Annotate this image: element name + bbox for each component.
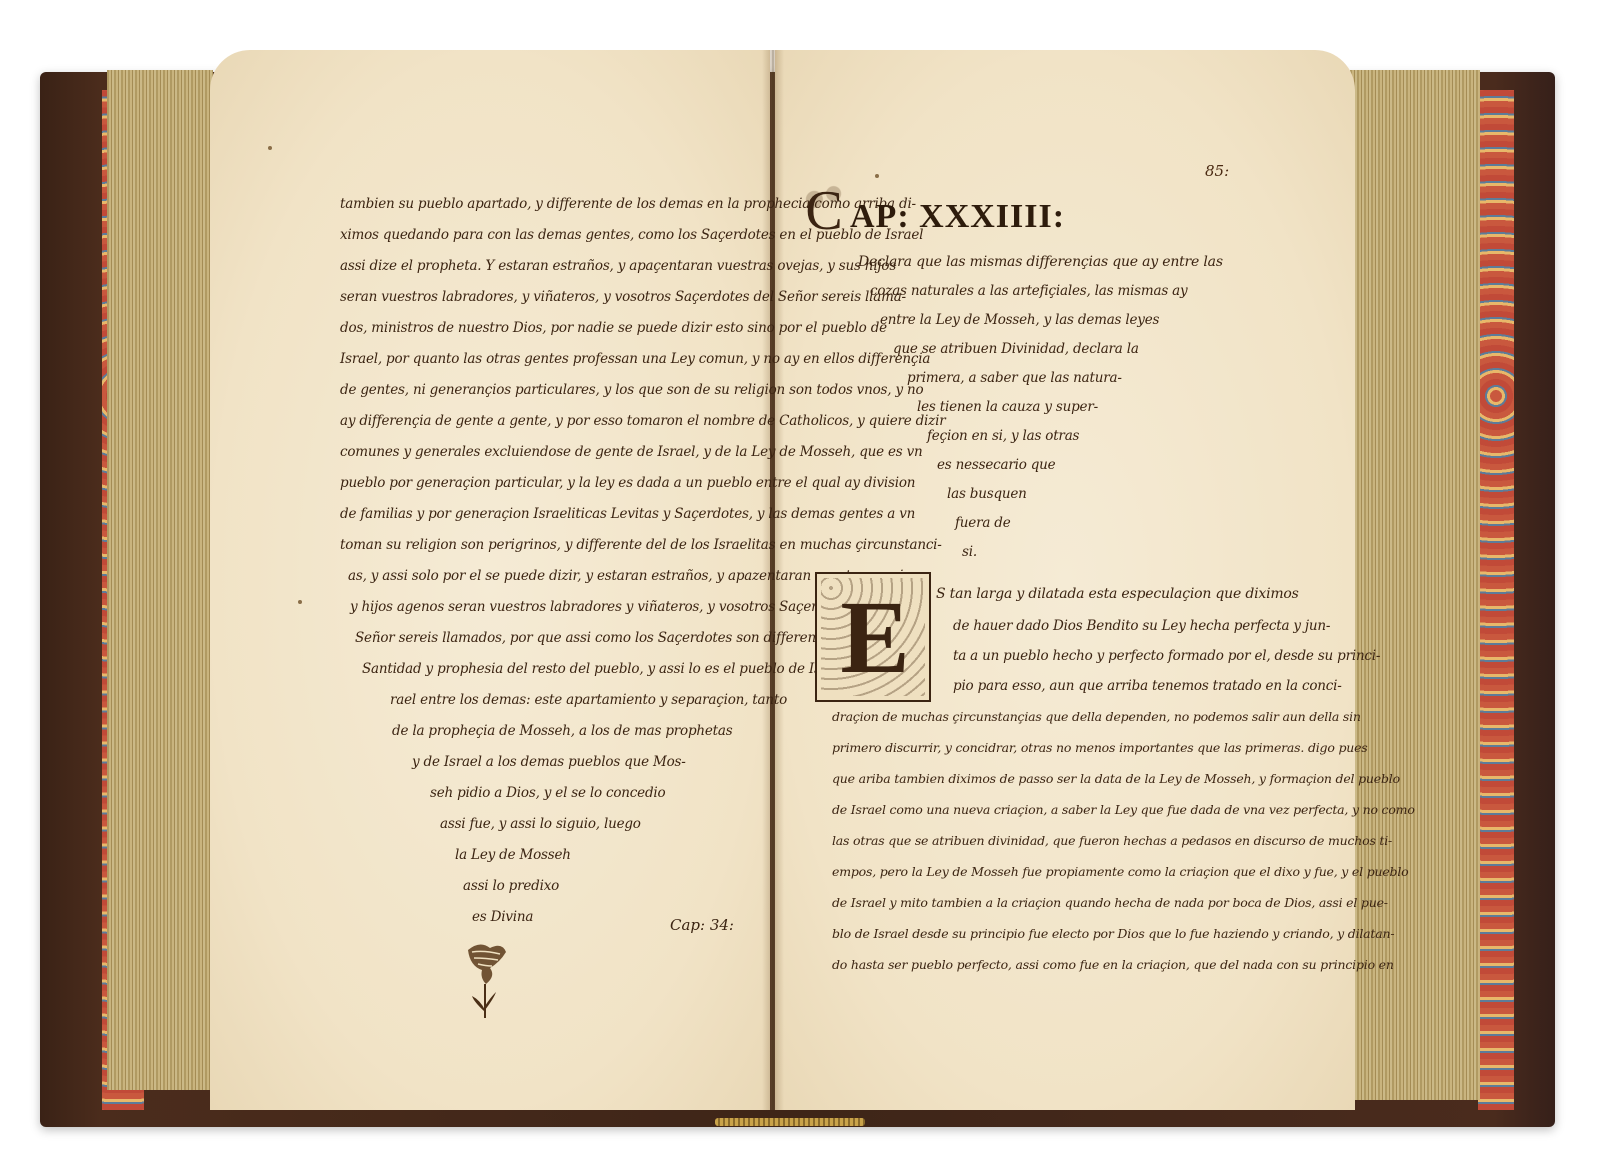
text-line: de la propheçia de Mosseh, a los de mas …: [392, 723, 733, 739]
body-line: que ariba tambien diximos de passo ser l…: [832, 771, 1400, 786]
body-line: empos, pero la Ley de Mosseh fue propiam…: [832, 864, 1408, 879]
text-line: toman su religion son perigrinos, y diff…: [340, 537, 942, 553]
summary-line: si.: [962, 544, 977, 560]
initial-letter: E: [835, 584, 915, 692]
body-line: de Israel como una nueva criaçion, a sab…: [832, 802, 1415, 817]
summary-line: que se atribuen Divinidad, declara la: [893, 341, 1139, 357]
body-line: S tan larga y dilatada esta especulaçion…: [936, 586, 1299, 602]
body-line: de hauer dado Dios Bendito su Ley hecha …: [953, 618, 1330, 634]
summary-line: fuera de: [955, 515, 1011, 531]
text-line: Señor sereis llamados, por que assi como…: [355, 630, 856, 646]
text-line: assi dize el propheta. Y estaran estraño…: [340, 258, 896, 274]
flower-ornament-icon: [460, 940, 510, 1020]
catchword: Cap: 34:: [670, 916, 734, 934]
page-number: 85:: [1205, 162, 1229, 180]
body-line: las otras que se atribuen divinidad, que…: [832, 833, 1392, 848]
text-line: de gentes, ni generançios particulares, …: [340, 382, 923, 398]
body-line: ta a un pueblo hecho y perfecto formado …: [953, 648, 1380, 664]
body-line: de Israel y mito tambien a la criaçion q…: [832, 895, 1388, 910]
chapter-heading: AP: XXXIIII:: [850, 198, 1065, 236]
text-line: assi lo predixo: [463, 878, 559, 894]
summary-line: es nessecario que: [937, 457, 1055, 473]
text-line: pueblo por generaçion particular, y la l…: [340, 475, 915, 491]
text-line: la Ley de Mosseh: [455, 847, 571, 863]
body-line: blo de Israel desde su principio fue ele…: [832, 926, 1394, 941]
summary-line: entre la Ley de Mosseh, y las demas leye…: [880, 312, 1159, 328]
text-line: Santidad y prophesia del resto del puebl…: [362, 661, 825, 677]
open-manuscript-book: tambien su pueblo apartado, y differente…: [0, 0, 1600, 1161]
body-line: draçion de muchas çircunstançias que del…: [832, 709, 1361, 724]
foxing-spot: [298, 600, 302, 604]
summary-line: primera, a saber que las natura-: [907, 370, 1122, 386]
text-line: rael entre los demas: este apartamiento …: [390, 692, 787, 708]
marbled-endpaper-right: [1478, 90, 1514, 1110]
text-line: seh pidio a Dios, y el se lo concedio: [430, 785, 665, 801]
text-line: assi fue, y assi lo siguio, luego: [440, 816, 641, 832]
body-line: primero discurrir, y concidrar, otras no…: [832, 740, 1368, 755]
summary-line: cozas naturales a las artefiçiales, las …: [870, 283, 1187, 299]
text-line: Israel, por quanto las otras gentes prof…: [340, 351, 930, 367]
text-line: dos, ministros de nuestro Dios, por nadi…: [340, 320, 887, 336]
text-line: comunes y generales excluiendose de gent…: [340, 444, 923, 460]
text-line: seran vuestros labradores, y viñateros, …: [340, 289, 906, 305]
body-line: pio para esso, aun que arriba tenemos tr…: [953, 678, 1342, 694]
decorated-initial-e: E: [815, 572, 931, 702]
text-line: y hijos agenos seran vuestros labradores…: [350, 599, 878, 615]
summary-line: les tienen la cauza y super-: [917, 399, 1098, 415]
text-line: ay differençia de gente a gente, y por e…: [340, 413, 945, 429]
decorated-initial-c: C: [800, 182, 848, 240]
foxing-spot: [875, 174, 879, 178]
foxing-spot: [268, 146, 272, 150]
text-line: es Divina: [472, 909, 533, 925]
summary-line: Declara que las mismas differençias que …: [858, 254, 1223, 270]
fore-edge-left: [107, 70, 213, 1090]
fore-edge-right: [1350, 70, 1480, 1100]
headband: [715, 1118, 865, 1126]
body-line: do hasta ser pueblo perfecto, assi como …: [832, 957, 1394, 972]
summary-line: las busquen: [947, 486, 1027, 502]
text-line: de familias y por generaçion Israelitica…: [340, 506, 915, 522]
summary-line: feçion en si, y las otras: [927, 428, 1079, 444]
text-line: y de Israel a los demas pueblos que Mos-: [412, 754, 686, 770]
